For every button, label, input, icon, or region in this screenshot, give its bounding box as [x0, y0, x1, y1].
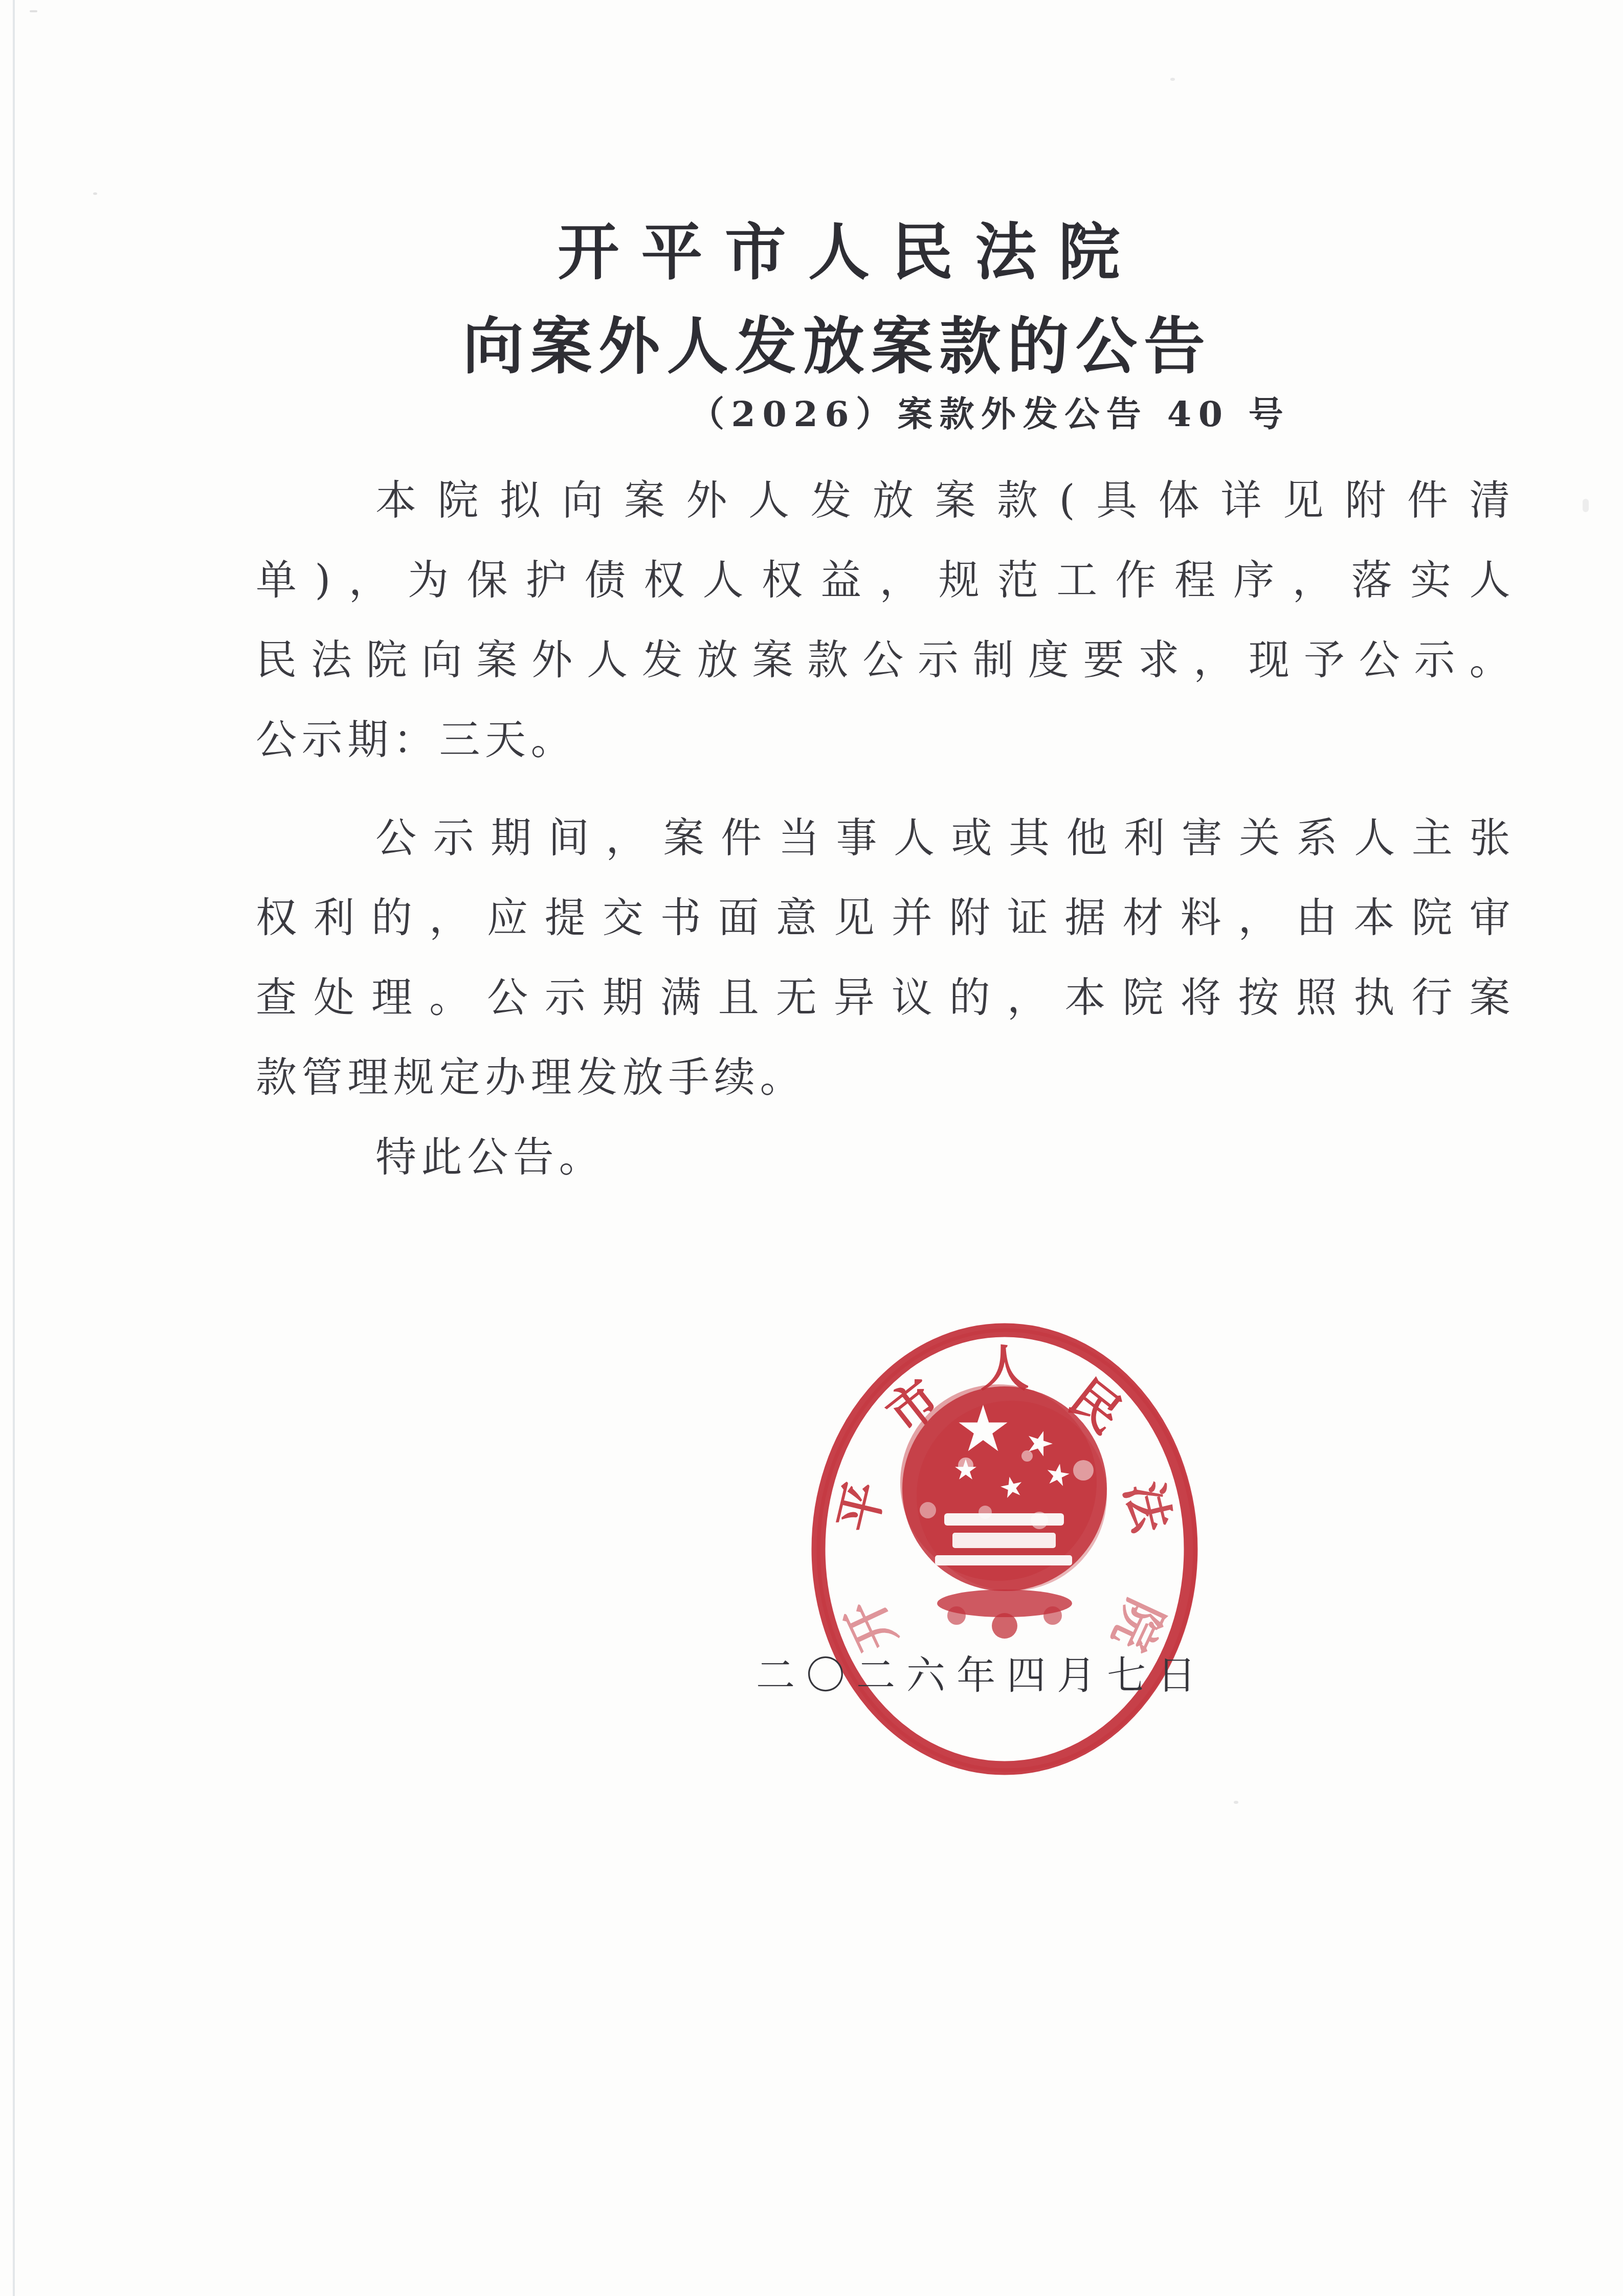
body-line: 款管理规定办理发放手续。: [256, 1037, 1515, 1117]
closing-line: 特此公告。: [256, 1117, 1515, 1197]
body-line: 单)，为保护债权人权益，规范工作程序，落实人: [256, 540, 1515, 620]
body-line: 本院拟向案外人发放案款(具体详见附件清: [256, 460, 1515, 540]
date-line: 二〇二六年四月七日: [756, 1644, 1207, 1700]
scanned-court-announcement-page: 开平市人民法院 向案外人发放案款的公告 （2026）案款外发公告 40 号 本院…: [0, 0, 1623, 2296]
court-name-title: 开平市人民法院: [0, 204, 1623, 292]
body-line: 权利的，应提交书面意见并附证据材料，由本院审: [256, 878, 1515, 958]
body-line: 公示期：三天。: [256, 700, 1515, 780]
scan-speck: [93, 192, 97, 195]
official-court-seal: 开 平 市 人 民 法 院: [803, 1314, 1206, 1784]
official-court-seal-graphic: 开 平 市 人 民 法 院: [803, 1314, 1206, 1784]
body-line: 查处理。公示期满且无异议的，本院将按照执行案: [256, 958, 1515, 1037]
seal-char: 平: [828, 1476, 895, 1537]
announcement-title: 向案外人发放案款的公告: [0, 298, 1623, 386]
gate-silhouette: [935, 1513, 1072, 1565]
body-line: 民法院向案外人发放案款公示制度要求，现予公示。: [256, 620, 1515, 700]
seal-char: 法: [1114, 1476, 1181, 1538]
body-line: 公示期间，案件当事人或其他利害关系人主张: [256, 798, 1515, 878]
national-emblem-icon: [900, 1384, 1107, 1639]
scan-speck: [1234, 1801, 1238, 1804]
scan-speck: [1170, 78, 1175, 81]
scan-speck: [30, 10, 37, 12]
wreath-base: [937, 1589, 1072, 1639]
announcement-body: 本院拟向案外人发放案款(具体详见附件清 单)，为保护债权人权益，规范工作程序，落…: [256, 460, 1515, 1197]
scan-speck: [1583, 499, 1589, 512]
document-number: （2026）案款外发公告 40 号: [690, 387, 1290, 436]
